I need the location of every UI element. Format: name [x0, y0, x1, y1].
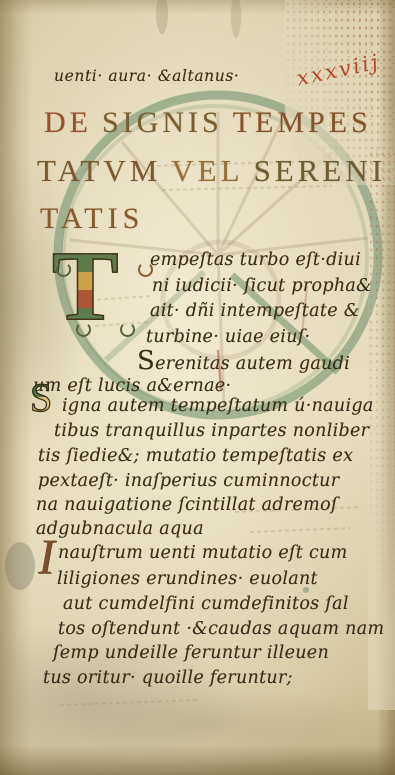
- text-line: um eſt lucis a&ernae·: [33, 376, 231, 396]
- text-line: igna autem tempeſtatum ú·nauiga: [62, 396, 374, 416]
- text-line: liligiones erundines· euolant: [57, 569, 318, 589]
- title-word: VEL: [171, 153, 243, 188]
- title-word: TATVM: [37, 153, 161, 188]
- text-line: adgubnacula aqua: [36, 519, 204, 539]
- text-line: aut cumdelfini cumdefinitos ſal: [63, 594, 349, 614]
- text-line: tibus tranquillus inpartes nonliber: [54, 421, 369, 441]
- text-line: tis ſiedie&; mutatio tempeſtatis ex: [38, 446, 353, 466]
- text-line: pextaeſt· inaſperius cuminnoctur: [38, 471, 339, 491]
- text-line: ni iudicii· ſicut propha&: [152, 276, 372, 296]
- decorated-initial-S: S: [30, 378, 52, 418]
- text-line: Serenitas autem gaudi: [137, 347, 350, 377]
- text-line: ſemp undeille feruntur illeuen: [53, 643, 329, 663]
- text-line: ait· dñi intempeſtate &: [150, 301, 360, 321]
- decorated-initial-T: T: [52, 236, 119, 336]
- text-line: na nauigatione ſcintillat adremoſ: [36, 495, 338, 515]
- initial-curl-icon: [120, 322, 135, 337]
- text-line: empeſtas turbo eſt·diui: [150, 250, 361, 270]
- text-line: tus oritur· quoille feruntur;: [43, 668, 293, 688]
- text-line: nauſtrum uenti mutatio eſt cum: [58, 543, 348, 563]
- title-line-2: TATVMVELSERENI: [37, 153, 395, 189]
- text-line: tos oſtendunt ·&caudas aquam nam: [58, 619, 384, 639]
- title-line-1: DESIGNISTEMPES: [44, 106, 382, 140]
- title-word: TEMPES: [233, 106, 372, 139]
- title-word: DE: [44, 106, 92, 139]
- title-word: SIGNIS: [102, 106, 223, 139]
- header-gloss: uenti· aura· &altanus·: [54, 68, 239, 86]
- text-line: turbine· uiae eiuſ·: [146, 327, 310, 347]
- decorated-initial-I: I: [38, 531, 55, 581]
- initial-curl-icon: [56, 262, 71, 277]
- title-word: SERENI: [254, 153, 387, 188]
- manuscript-page: uenti· aura· &altanus· xxxviij DESIGNIST…: [0, 0, 395, 775]
- initial-curl-icon: [76, 322, 91, 337]
